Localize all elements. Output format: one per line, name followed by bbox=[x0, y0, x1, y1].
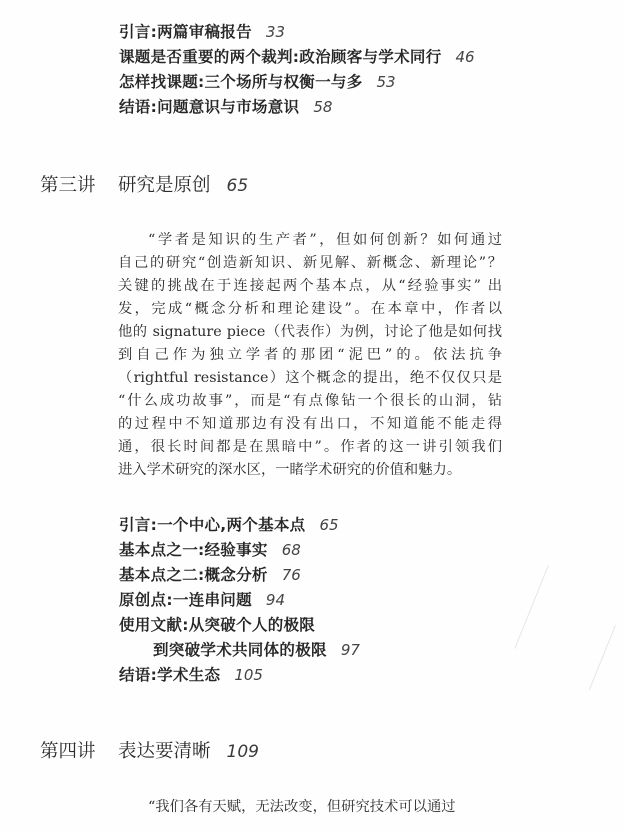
toc-entry[interactable]: 结语:学术生态105 bbox=[119, 663, 360, 688]
toc-entry-continuation: 到突破学术共同体的极限97 bbox=[119, 638, 360, 663]
chapter-title: 表达要清晰 bbox=[118, 737, 211, 767]
toc-entry[interactable]: 怎样找课题:三个场所与权衡一与多53 bbox=[119, 70, 475, 95]
toc-entry-label: 引言:两篇审稿报告 bbox=[119, 23, 252, 41]
toc-entry-label-continued: 到突破学术共同体的极限 bbox=[153, 641, 327, 659]
book-toc-page: 引言:两篇审稿报告33 课题是否重要的两个裁判:政治顾客与学术同行46 怎样找课… bbox=[0, 0, 623, 833]
toc-entry-page: 68 bbox=[282, 541, 301, 559]
toc-entry-page: 58 bbox=[313, 98, 332, 116]
summary-line: “我们各有天赋，无法改变，但研究技术可以通过 bbox=[118, 796, 502, 819]
chapter3-section-list: 引言:一个中心,两个基本点65 基本点之一:经验事实68 基本点之二:概念分析7… bbox=[119, 513, 360, 688]
chapter4-heading[interactable]: 第四讲表达要清晰109 bbox=[40, 737, 259, 767]
summary-line: 他的 signature piece（代表作）为例，讨论了他是如何找 bbox=[118, 321, 502, 344]
summary-line: 通，很长时间都是在黑暗中”。作者的这一讲引领我们 bbox=[118, 436, 502, 459]
toc-entry-label: 怎样找课题:三个场所与权衡一与多 bbox=[119, 73, 363, 91]
toc-entry[interactable]: 使用文献:从突破个人的极限 到突破学术共同体的极限97 bbox=[119, 613, 360, 663]
chapter-title: 研究是原创 bbox=[118, 171, 211, 201]
summary-line: （rightful resistance）这个概念的提出，绝不仅仅只是 bbox=[118, 367, 502, 390]
toc-entry-page: 105 bbox=[234, 666, 263, 684]
toc-entry-label: 原创点:一连串问题 bbox=[119, 591, 252, 609]
toc-entry[interactable]: 基本点之二:概念分析76 bbox=[119, 563, 360, 588]
summary-line: 自己的研究“创造新知识、新见解、新概念、新理论”？ bbox=[118, 252, 502, 275]
summary-line: 发，完成“概念分析和理论建设”。在本章中，作者以 bbox=[118, 298, 502, 321]
toc-entry-label: 基本点之一:经验事实 bbox=[119, 541, 268, 559]
chapter-number: 第四讲 bbox=[40, 737, 118, 767]
toc-entry[interactable]: 引言:两篇审稿报告33 bbox=[119, 20, 475, 45]
toc-entry-page: 94 bbox=[266, 591, 285, 609]
scan-artifact bbox=[589, 625, 616, 690]
toc-entry-label: 结语:问题意识与市场意识 bbox=[119, 98, 299, 116]
summary-line: 进入学术研究的深水区，一睹学术研究的价值和魅力。 bbox=[118, 459, 502, 482]
summary-line: “学者是知识的生产者”，但如何创新？如何通过 bbox=[118, 229, 502, 252]
toc-entry-page: 33 bbox=[266, 23, 285, 41]
toc-entry-page: 76 bbox=[282, 566, 301, 584]
summary-line: 的过程中不知道那边有没有出口，不知道能不能走得 bbox=[118, 413, 502, 436]
summary-line: 到自己作为独立学者的那团“泥巴”的。依法抗争 bbox=[118, 344, 502, 367]
summary-line: “什么成功故事”，而是“有点像钻一个很长的山洞，钻 bbox=[118, 390, 502, 413]
summary-line: 关键的挑战在于连接起两个基本点，从“经验事实” 出 bbox=[118, 275, 502, 298]
chapter-number: 第三讲 bbox=[40, 171, 118, 201]
toc-entry-label: 课题是否重要的两个裁判:政治顾客与学术同行 bbox=[119, 48, 442, 66]
toc-entry-label: 引言:一个中心,两个基本点 bbox=[119, 516, 306, 534]
chapter3-heading[interactable]: 第三讲研究是原创65 bbox=[40, 171, 248, 201]
toc-entry[interactable]: 原创点:一连串问题94 bbox=[119, 588, 360, 613]
toc-entry[interactable]: 结语:问题意识与市场意识58 bbox=[119, 95, 475, 120]
chapter3-summary: “学者是知识的生产者”，但如何创新？如何通过 自己的研究“创造新知识、新见解、新… bbox=[118, 229, 502, 482]
toc-entry-label: 基本点之二:概念分析 bbox=[119, 566, 268, 584]
toc-entry-label: 使用文献:从突破个人的极限 bbox=[119, 616, 315, 634]
chapter-page: 109 bbox=[227, 742, 259, 762]
toc-entry-page: 65 bbox=[320, 516, 339, 534]
chapter-page: 65 bbox=[227, 176, 249, 196]
chapter2-section-list: 引言:两篇审稿报告33 课题是否重要的两个裁判:政治顾客与学术同行46 怎样找课… bbox=[119, 20, 475, 120]
toc-entry-page: 97 bbox=[341, 641, 360, 659]
toc-entry-page: 46 bbox=[456, 48, 475, 66]
toc-entry[interactable]: 课题是否重要的两个裁判:政治顾客与学术同行46 bbox=[119, 45, 475, 70]
chapter4-summary: “我们各有天赋，无法改变，但研究技术可以通过 bbox=[118, 796, 502, 819]
toc-entry-label: 结语:学术生态 bbox=[119, 666, 220, 684]
toc-entry[interactable]: 引言:一个中心,两个基本点65 bbox=[119, 513, 360, 538]
toc-entry-page: 53 bbox=[377, 73, 396, 91]
toc-entry[interactable]: 基本点之一:经验事实68 bbox=[119, 538, 360, 563]
scan-artifact bbox=[514, 565, 549, 649]
